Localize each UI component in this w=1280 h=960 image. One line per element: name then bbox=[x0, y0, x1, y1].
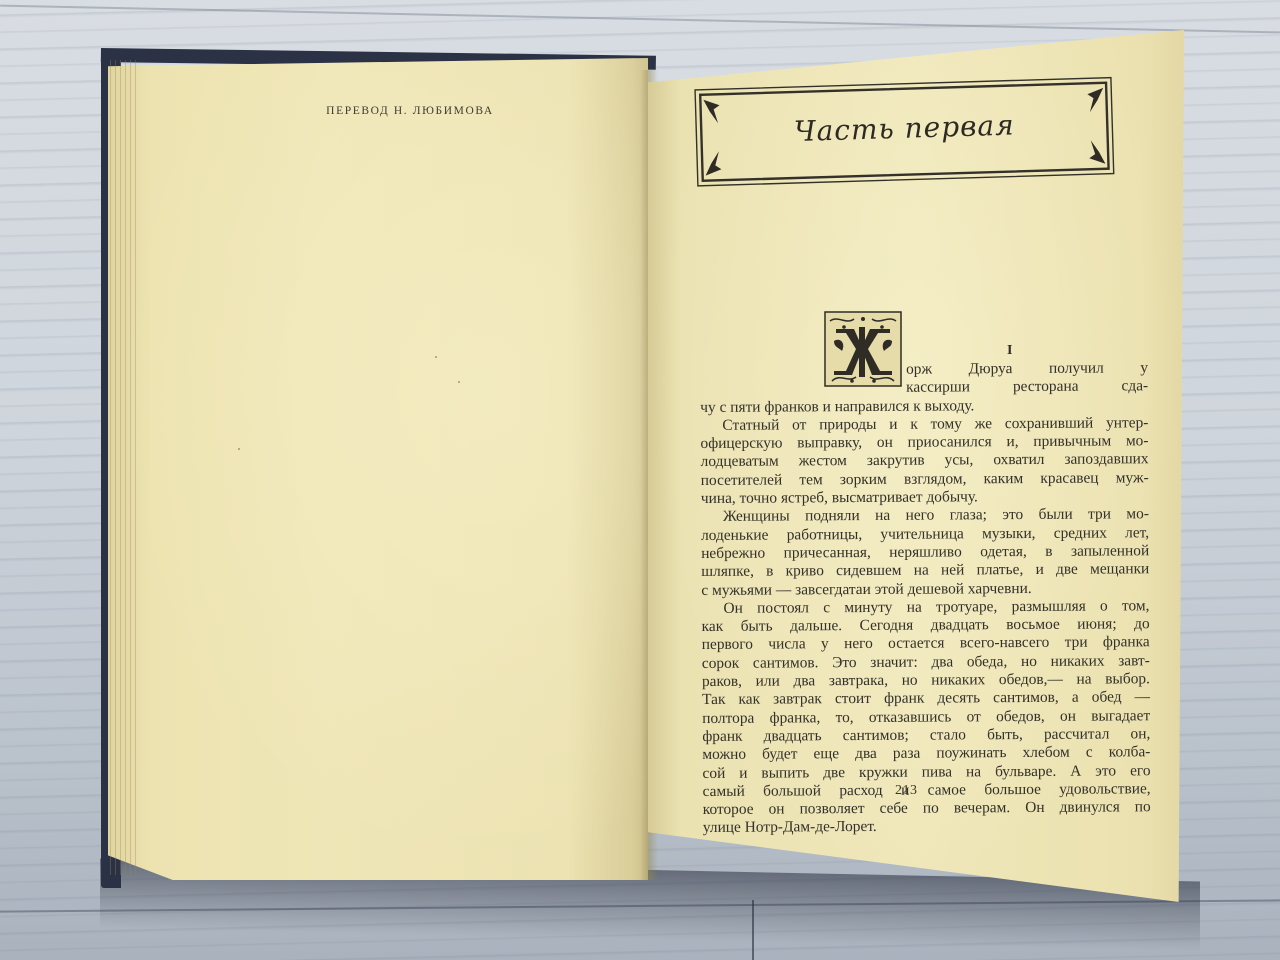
text-line: Женщины подняли на него глаза; это были … bbox=[701, 506, 1149, 527]
text-line: которое он позволяет себе по вечерам. Он… bbox=[703, 798, 1151, 819]
table-plank-seam bbox=[0, 5, 1280, 34]
part-title-frame: Часть первая bbox=[693, 76, 1116, 188]
chapter-number: I bbox=[1007, 343, 1012, 359]
text-line: орж Дюруа получил у bbox=[906, 359, 1148, 379]
text-line: лодцеватым жестом закрутив усы, охватил … bbox=[701, 451, 1149, 472]
text-line: улице Нотр-Дам-де-Лорет. bbox=[703, 817, 1151, 838]
text-line: кассирши ресторана сда- bbox=[906, 378, 1148, 398]
paper-speck bbox=[238, 448, 240, 450]
paper-speck bbox=[458, 381, 460, 383]
left-page bbox=[108, 58, 648, 880]
paper-speck bbox=[435, 356, 437, 358]
page-block-edges bbox=[110, 60, 140, 875]
chapter-body-text: орж Дюруа получил у кассирши ресторана с… bbox=[700, 359, 1151, 837]
running-head: ПЕРЕВОД Н. ЛЮБИМОВА bbox=[300, 105, 520, 117]
text-line: первого числа у него остается всего-навс… bbox=[702, 634, 1150, 655]
text-line: Так как завтрак стоит франк десять санти… bbox=[702, 689, 1150, 710]
text-line: шляпке, в криво сидевшем на ней платье, … bbox=[701, 561, 1149, 582]
text-line: можно будет еще два раза поужинать хлебо… bbox=[702, 743, 1150, 764]
page-number: 213 bbox=[895, 783, 918, 799]
text-line: посетителей тем зорким взглядом, каким к… bbox=[701, 469, 1149, 490]
